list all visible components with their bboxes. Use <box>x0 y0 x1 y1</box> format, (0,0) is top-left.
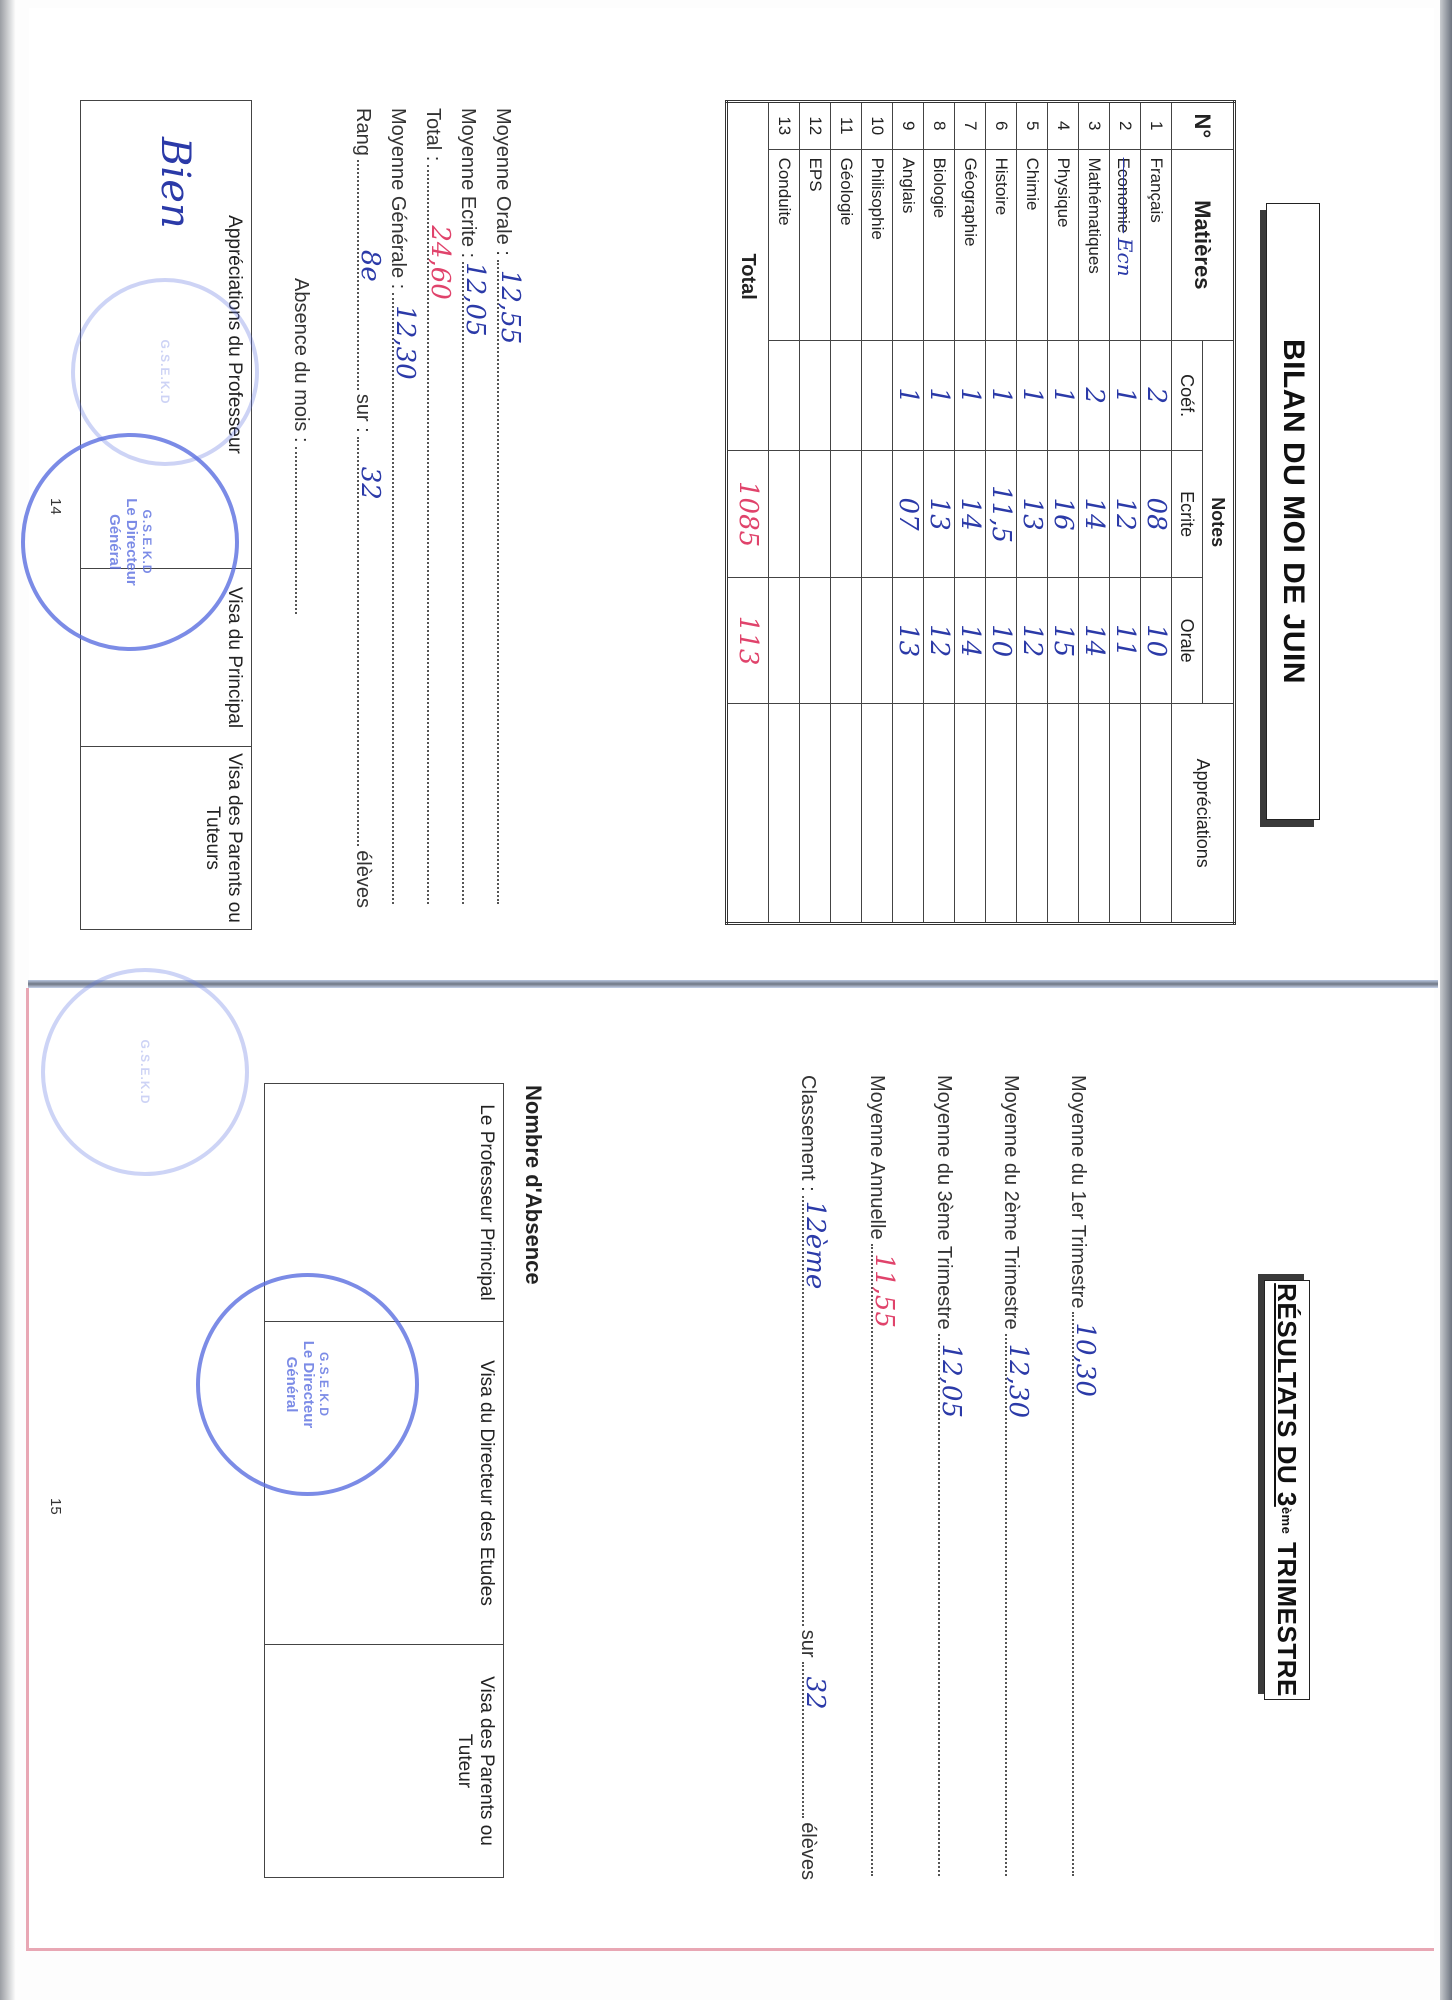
classement-value: 12ème <box>800 1201 830 1290</box>
moyenne-orale-label: Moyenne Orale : <box>491 108 514 256</box>
subject-name: Français <box>1147 158 1166 223</box>
grade-row: 5Chimie11312 <box>1017 102 1048 924</box>
result-value: 11,55 <box>869 1254 899 1328</box>
bilan-title-text: BILAN DU MOI DE JUIN <box>1276 339 1310 684</box>
coef-cell: 1 <box>986 341 1017 451</box>
subject-name: Anglais <box>899 158 918 214</box>
resultats-title: RÉSULTATS DU 3ème TRIMESTRE <box>1264 1280 1310 1700</box>
appreciation-cell <box>893 704 924 924</box>
result-line: Moyenne du 2ème Trimestre12,30 <box>999 1075 1022 1880</box>
orale-cell: 14 <box>1079 577 1110 704</box>
grade-row: 11Géologie <box>831 102 862 924</box>
subject-cell: Mathématiques <box>1079 149 1110 340</box>
orale-cell <box>831 577 862 704</box>
visa-parents-tuteur-label: Visa des Parents ou Tuteur <box>453 1651 497 1871</box>
row-number: 6 <box>986 102 1017 150</box>
grade-row: 6Histoire111,510 <box>986 102 1017 924</box>
ecrite-cell <box>769 451 800 578</box>
visa-principal-label: Visa du Principal <box>223 575 245 740</box>
visa-parents-tuteur-cell: Visa des Parents ou Tuteur <box>265 1645 504 1878</box>
resultats-title-sup: ème <box>1280 1507 1295 1535</box>
visa-directeur-label: Visa du Directeur des Etudes <box>475 1328 497 1638</box>
col-appreciations: Appréciations <box>1172 704 1235 924</box>
absence-mois-line: Absence du mois : <box>289 278 312 618</box>
coef-cell <box>862 341 893 451</box>
subject-name: Chimie <box>1023 158 1042 211</box>
subject-correction: Ecn <box>1113 238 1137 277</box>
coef-cell: 1 <box>893 341 924 451</box>
result-line: Moyenne Annuelle11,55 <box>865 1075 888 1880</box>
stamp-center-text: Le Directeur Général <box>106 482 140 602</box>
official-stamp-faint-right: G.S.E.K.D <box>41 968 249 1176</box>
subject-name: Biologie <box>930 158 949 219</box>
subject-name: Conduite <box>775 158 794 226</box>
orale-cell: 12 <box>924 577 955 704</box>
ecrite-cell <box>862 451 893 578</box>
orale-cell: 13 <box>893 577 924 704</box>
orale-cell <box>769 577 800 704</box>
rang-sur-value: 32 <box>355 467 385 500</box>
total-summary-label: Total : <box>421 108 444 161</box>
scan-edge-bottom <box>0 0 16 2000</box>
professeur-principal-label: Le Professeur Principal <box>475 1090 497 1315</box>
orale-cell: 11 <box>1110 577 1141 704</box>
row-number: 12 <box>800 102 831 150</box>
result-value: 12,30 <box>1003 1344 1033 1418</box>
row-number: 10 <box>862 102 893 150</box>
nombre-absence-label: Nombre d'Absence <box>520 1085 546 1285</box>
row-number: 4 <box>1048 102 1079 150</box>
result-label: Moyenne du 2ème Trimestre <box>999 1075 1022 1330</box>
grade-row: 10Philisophie <box>862 102 893 924</box>
appreciation-cell <box>1079 704 1110 924</box>
ecrite-cell: 13 <box>1017 451 1048 578</box>
classement-sur-label: sur <box>796 1630 819 1658</box>
moyenne-generale-value: 12,30 <box>390 305 420 379</box>
orale-cell: 15 <box>1048 577 1079 704</box>
subject-name: EPS <box>806 158 825 192</box>
appreciation-cell <box>1110 704 1141 924</box>
stamp-inner-text: G.S.E.K.D <box>140 509 154 574</box>
row-number: 8 <box>924 102 955 150</box>
coef-cell: 1 <box>1048 341 1079 451</box>
classement-label: Classement : <box>796 1075 819 1192</box>
total-orale: 113 <box>727 577 769 704</box>
appreciation-cell <box>955 704 986 924</box>
subject-cell: Géologie <box>831 149 862 340</box>
classement-line: Classement : 12ème sur 32 élèves <box>796 1075 819 1880</box>
total-summary-value: 24,60 <box>425 225 455 299</box>
orale-cell: 12 <box>1017 577 1048 704</box>
page-15: RÉSULTATS DU 3ème TRIMESTRE Moyenne du 1… <box>26 988 1434 1951</box>
booklet-spread: BILAN DU MOI DE JUIN N° Matières Notes A… <box>0 0 1452 2000</box>
ecrite-cell: 11,5 <box>986 451 1017 578</box>
moyenne-ecrite-label: Moyenne Ecrite : <box>456 108 479 258</box>
resultats-title-prefix: RÉSULTATS DU 3 <box>1272 1283 1303 1507</box>
appreciation-cell <box>924 704 955 924</box>
grades-table: N° Matières Notes Appréciations Coéf. Ec… <box>725 100 1236 925</box>
total-ecrite: 1085 <box>727 451 769 578</box>
subject-name: Mathématiques <box>1085 158 1104 274</box>
ecrite-cell: 14 <box>1079 451 1110 578</box>
col-coef: Coéf. <box>1172 341 1203 451</box>
col-ecrite: Ecrite <box>1172 451 1203 578</box>
appreciation-cell <box>862 704 893 924</box>
ecrite-cell <box>800 451 831 578</box>
moyenne-ecrite-line: Moyenne Ecrite : 12,05 <box>456 108 479 908</box>
result-line: Moyenne du 1er Trimestre10,30 <box>1066 1075 1089 1880</box>
appreciation-cell <box>1141 704 1172 924</box>
row-number: 13 <box>769 102 800 150</box>
subject-name: Histoire <box>992 158 1011 216</box>
grade-row: 13Conduite <box>769 102 800 924</box>
row-number: 3 <box>1079 102 1110 150</box>
total-label: Total <box>727 102 769 451</box>
ecrite-cell: 13 <box>924 451 955 578</box>
coef-cell: 2 <box>1079 341 1110 451</box>
row-number: 11 <box>831 102 862 150</box>
subject-cell: Economie Ecn <box>1110 149 1141 340</box>
ecrite-cell: 12 <box>1110 451 1141 578</box>
coef-cell: 1 <box>924 341 955 451</box>
subject-cell: Géographie <box>955 149 986 340</box>
grade-row: 3Mathématiques21414 <box>1079 102 1110 924</box>
moyenne-ecrite-value: 12,05 <box>460 262 490 336</box>
coef-cell: 1 <box>1110 341 1141 451</box>
coef-cell <box>831 341 862 451</box>
appreciation-cell <box>769 704 800 924</box>
page-14: BILAN DU MOI DE JUIN N° Matières Notes A… <box>29 8 1434 980</box>
absence-mois-label: Absence du mois : <box>289 278 312 443</box>
appreciation-cell <box>986 704 1017 924</box>
result-value: 10,30 <box>1070 1322 1100 1396</box>
result-line: Moyenne du 3ème Trimestre12,05 <box>932 1075 955 1880</box>
subject-cell: Conduite <box>769 149 800 340</box>
row-number: 2 <box>1110 102 1141 150</box>
subject-cell: EPS <box>800 149 831 340</box>
total-row: Total 1085 113 <box>727 102 769 924</box>
row-number: 5 <box>1017 102 1048 150</box>
appreciation-cell <box>1048 704 1079 924</box>
appreciation-cell <box>831 704 862 924</box>
official-stamp: G.S.E.K.D Le Directeur Général <box>21 433 239 651</box>
ecrite-cell: 08 <box>1141 451 1172 578</box>
grade-row: 7Géographie11414 <box>955 102 986 924</box>
orale-cell: 14 <box>955 577 986 704</box>
orale-cell: 10 <box>986 577 1017 704</box>
subject-cell: Biologie <box>924 149 955 340</box>
booklet-fold <box>28 980 1438 988</box>
page-number-15: 15 <box>47 1498 64 1515</box>
grade-row: 12EPS <box>800 102 831 924</box>
result-label: Moyenne du 1er Trimestre <box>1066 1075 1089 1308</box>
subject-cell: Français <box>1141 149 1172 340</box>
official-stamp-right: G.S.E.K.D Le Directeur Général <box>196 1273 419 1496</box>
orale-cell: 10 <box>1141 577 1172 704</box>
rang-line: Rang 8e sur : 32 élèves <box>351 108 374 908</box>
grade-row: 2Economie Ecn11211 <box>1110 102 1141 924</box>
subject-name: Physique <box>1054 158 1073 228</box>
result-label: Moyenne du 3ème Trimestre <box>932 1075 955 1330</box>
subject-cell: Chimie <box>1017 149 1048 340</box>
col-orale: Orale <box>1172 577 1203 704</box>
page-number-14: 14 <box>47 498 64 515</box>
subject-name: Géologie <box>837 158 856 226</box>
rang-value: 8e <box>355 250 385 282</box>
rang-suffix: élèves <box>351 850 374 908</box>
visa-parents-cell: Visa des Parents ou Tuteurs <box>81 747 252 930</box>
moyenne-orale-value: 12,55 <box>495 270 525 344</box>
row-number: 7 <box>955 102 986 150</box>
col-subject: Matières <box>1172 149 1235 340</box>
subject-cell: Anglais <box>893 149 924 340</box>
ecrite-cell: 16 <box>1048 451 1079 578</box>
orale-cell <box>862 577 893 704</box>
moyenne-orale-line: Moyenne Orale : 12,55 <box>491 108 514 908</box>
result-value: 12,05 <box>936 1344 966 1418</box>
appreciation-cell <box>1017 704 1048 924</box>
total-line: Total : 24,60 <box>421 108 444 908</box>
grade-row: 4Physique11615 <box>1048 102 1079 924</box>
orale-cell <box>800 577 831 704</box>
ecrite-cell: 14 <box>955 451 986 578</box>
coef-cell: 2 <box>1141 341 1172 451</box>
total-appreciation <box>727 704 769 924</box>
coef-cell: 1 <box>955 341 986 451</box>
classement-suffix: élèves <box>796 1822 819 1880</box>
moyenne-generale-label: Moyenne Générale : <box>386 108 409 289</box>
subject-cell: Philisophie <box>862 149 893 340</box>
row-number: 1 <box>1141 102 1172 150</box>
ecrite-cell: 07 <box>893 451 924 578</box>
row-number: 9 <box>893 102 924 150</box>
grade-row: 8Biologie11312 <box>924 102 955 924</box>
result-label: Moyenne Annuelle <box>865 1075 888 1240</box>
subject-name: Economie <box>1114 158 1133 234</box>
coef-cell <box>800 341 831 451</box>
coef-cell: 1 <box>1017 341 1048 451</box>
scan-edge-top <box>1440 0 1452 2000</box>
visa-parents-label: Visa des Parents ou Tuteurs <box>201 753 245 923</box>
subject-name: Géographie <box>961 158 980 247</box>
subject-cell: Histoire <box>986 149 1017 340</box>
resultats-title-suffix: TRIMESTRE <box>1272 1542 1303 1697</box>
col-num: N° <box>1172 102 1235 150</box>
appreciation-cell <box>800 704 831 924</box>
ecrite-cell <box>831 451 862 578</box>
moyenne-generale-line: Moyenne Générale : 12,30 <box>386 108 409 908</box>
grade-row: 9Anglais10713 <box>893 102 924 924</box>
coef-cell <box>769 341 800 451</box>
classement-sur-value: 32 <box>800 1677 830 1710</box>
col-notes: Notes <box>1203 341 1235 704</box>
rang-sur-label: sur : <box>351 394 374 433</box>
grade-row: 1Français20810 <box>1141 102 1172 924</box>
rang-label: Rang <box>351 108 374 156</box>
subject-cell: Physique <box>1048 149 1079 340</box>
bilan-title: BILAN DU MOI DE JUIN <box>1266 203 1320 820</box>
subject-name: Philisophie <box>868 158 887 240</box>
